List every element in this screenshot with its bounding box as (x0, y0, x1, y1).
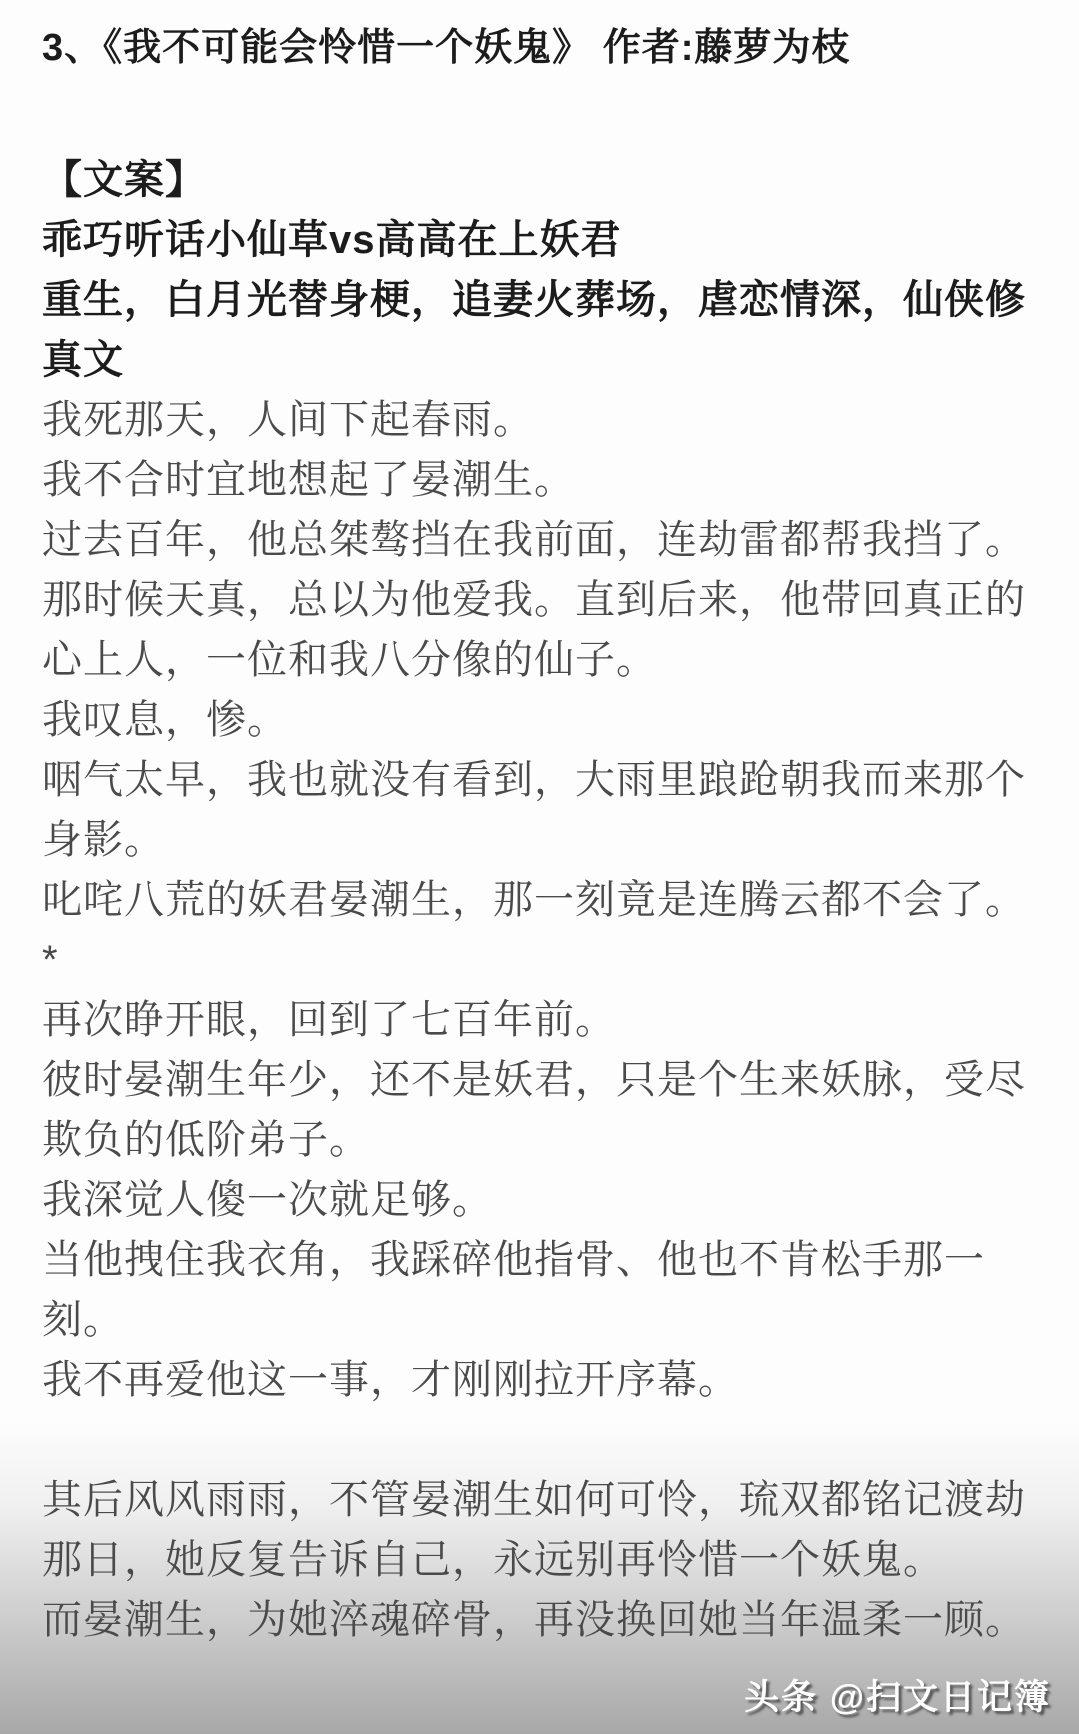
synopsis-paragraph: 那时候天真，总以为他爱我。直到后来，他带回真正的心上人，一位和我八分像的仙子。 (42, 570, 1042, 690)
book-title-author-heading: 3、《我不可能会怜惜一个妖鬼》 作者:藤萝为枝 (42, 22, 1042, 75)
synopsis-paragraph: * (42, 930, 1042, 990)
synopsis-paragraph: 咽气太早，我也就没有看到，大雨里踉跄朝我而来那个身影。 (42, 750, 1042, 870)
synopsis-paragraph: 我不合时宜地想起了晏潮生。 (42, 450, 1042, 510)
synopsis-paragraph: 我不再爱他这一事，才刚刚拉开序幕。 (42, 1350, 1042, 1410)
synopsis-paragraph: 我死那天，人间下起春雨。 (42, 390, 1042, 450)
synopsis-paragraph: 我叹息，惨。 (42, 690, 1042, 750)
synopsis-section-label: 【文案】 (42, 150, 1042, 210)
synopsis-paragraph: 再次睁开眼，回到了七百年前。 (42, 990, 1042, 1050)
screenshot-page: 3、《我不可能会怜惜一个妖鬼》 作者:藤萝为枝 【文案】 乖巧听话小仙草vs高高… (0, 0, 1079, 1734)
synopsis-paragraph: 乖巧听话小仙草vs高高在上妖君 (42, 210, 1042, 270)
synopsis-body: 乖巧听话小仙草vs高高在上妖君重生，白月光替身梗，追妻火葬场，虐恋情深，仙侠修真… (42, 210, 1042, 1650)
synopsis-paragraph: 彼时晏潮生年少，还不是妖君，只是个生来妖脉，受尽欺负的低阶弟子。 (42, 1050, 1042, 1170)
synopsis-paragraph: 重生，白月光替身梗，追妻火葬场，虐恋情深，仙侠修真文 (42, 270, 1042, 390)
synopsis-paragraph: 我深觉人傻一次就足够。 (42, 1170, 1042, 1230)
synopsis-paragraph: 而晏潮生，为她淬魂碎骨，再没换回她当年温柔一顾。 (42, 1590, 1042, 1650)
article-content: 3、《我不可能会怜惜一个妖鬼》 作者:藤萝为枝 【文案】 乖巧听话小仙草vs高高… (0, 0, 1079, 1650)
toutiao-watermark: 头条 @扫文日记簿 (744, 1670, 1051, 1720)
synopsis-paragraph: 过去百年，他总桀骜挡在我前面，连劫雷都帮我挡了。 (42, 510, 1042, 570)
synopsis-paragraph: 当他拽住我衣角，我踩碎他指骨、他也不肯松手那一刻。 (42, 1230, 1042, 1350)
synopsis-paragraph: 叱咤八荒的妖君晏潮生，那一刻竟是连腾云都不会了。 (42, 870, 1042, 930)
paragraph-spacer (42, 1410, 1042, 1470)
synopsis-paragraph: 其后风风雨雨，不管晏潮生如何可怜，琉双都铭记渡劫那日，她反复告诉自己，永远别再怜… (42, 1470, 1042, 1590)
